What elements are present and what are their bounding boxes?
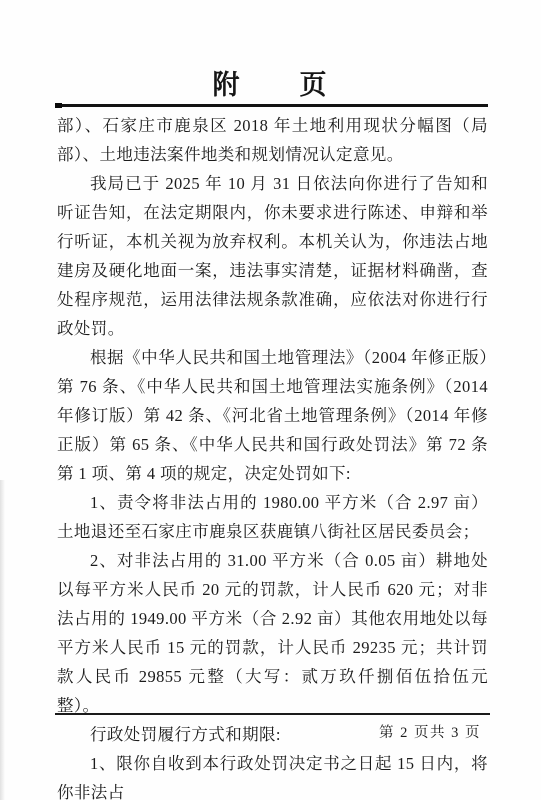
paragraph-penalty-item-1: 1、责令将非法占用的 1980.00 平方米（合 2.97 亩）土地退还至石家庄… (57, 488, 488, 546)
paragraph-notification: 我局已于 2025 年 10 月 31 日依法向你进行了告知和听证告知，在法定期… (57, 169, 488, 343)
scan-edge-shadow (0, 480, 5, 800)
document-body: 部）、石家庄市鹿泉区 2018 年土地利用现状分幅图（局部）、土地违法案件地类和… (57, 111, 488, 800)
paragraph-legal-basis: 根据《中华人民共和国土地管理法》（2004 年修正版）第 76 条、《中华人民共… (57, 343, 488, 488)
paragraph-penalty-item-2: 2、对非法占用的 31.00 平方米（合 0.05 亩）耕地处以每平方米人民币 … (57, 546, 488, 720)
paragraph-continuation: 部）、石家庄市鹿泉区 2018 年土地利用现状分幅图（局部）、土地违法案件地类和… (57, 111, 488, 169)
page-title: 附 页 (0, 63, 541, 102)
scanned-document-page: 附 页 部）、石家庄市鹿泉区 2018 年土地利用现状分幅图（局部）、土地违法案… (0, 0, 541, 800)
footer-rule (55, 713, 490, 715)
paragraph-execution-item-1: 1、限你自收到本行政处罚决定书之日起 15 日内，将你非法占 (57, 749, 488, 800)
page-number: 第 2 页共 3 页 (379, 721, 481, 742)
header-rule (55, 104, 488, 107)
